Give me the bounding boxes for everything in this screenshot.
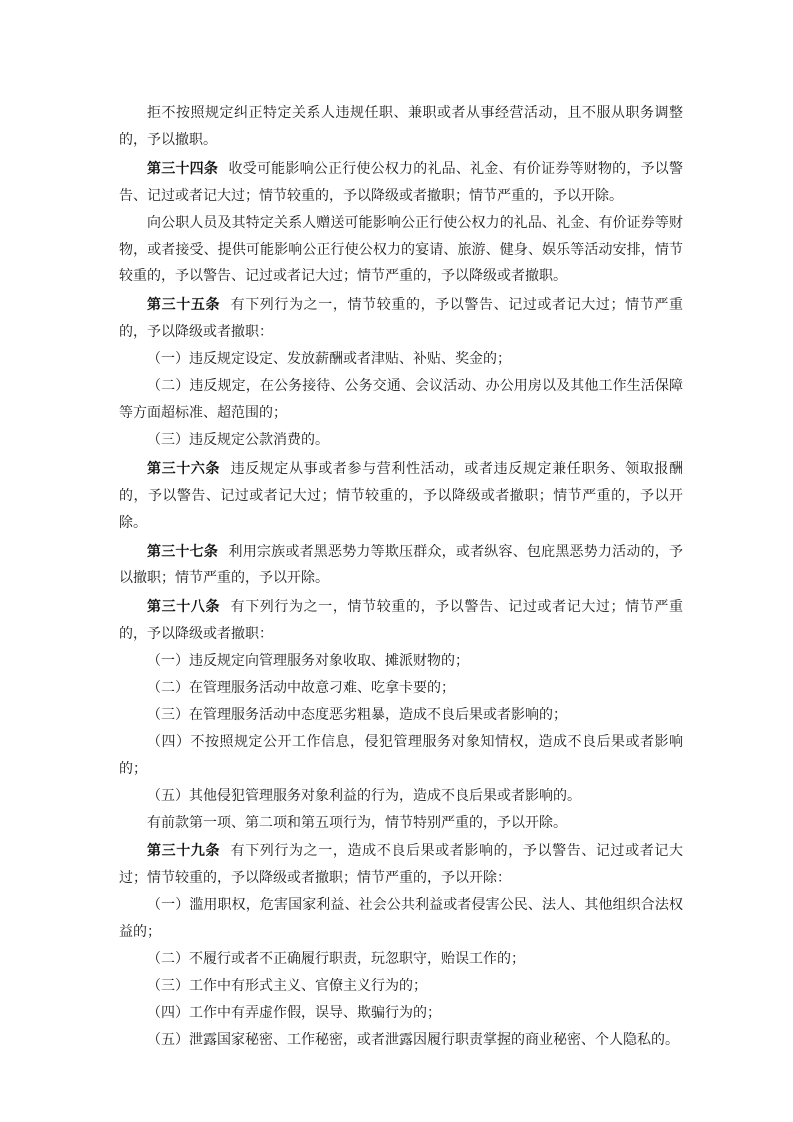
paragraph: （五）泄露国家秘密、工作秘密，或者泄露因履行职责掌握的商业秘密、个人隐私的。 [119,1028,683,1055]
document-page: 拒不按照规定纠正特定关系人违规任职、兼职或者从事经营活动，且不服从职务调整的，予… [0,0,793,1122]
paragraph-text: （三）工作中有形式主义、官僚主义行为的； [147,979,427,994]
article-number: 第三十八条 [147,598,220,614]
paragraph: （一）违反规定设定、发放薪酬或者津贴、补贴、奖金的； [119,347,683,374]
paragraph: （四）不按照规定公开工作信息，侵犯管理服务对象知情权，造成不良后果或者影响的； [119,730,683,784]
paragraph: （三）违反规定公款消费的。 [119,428,683,455]
paragraph-text: （二）不履行或者不正确履行职责，玩忽职守，贻误工作的； [147,952,525,967]
paragraph-text: （三）违反规定公款消费的。 [147,433,329,448]
paragraph: （一）违反规定向管理服务对象收取、摊派财物的； [119,649,683,676]
paragraph: 有前款第一项、第二项和第五项行为，情节特别严重的，予以开除。 [119,811,683,838]
paragraph-text: （五）其他侵犯管理服务对象利益的行为，造成不良后果或者影响的。 [147,789,581,804]
paragraph: （五）其他侵犯管理服务对象利益的行为，造成不良后果或者影响的。 [119,784,683,811]
paragraph-text: （五）泄露国家秘密、工作秘密，或者泄露因履行职责掌握的商业秘密、个人隐私的。 [147,1033,679,1048]
paragraph: 第三十四条收受可能影响公正行使公权力的礼品、礼金、有价证券等财物的，予以警告、记… [119,155,683,211]
article-number: 第三十四条 [147,160,218,176]
paragraph: 第三十八条有下列行为之一，情节较重的，予以警告、记过或者记大过；情节严重的，予以… [119,593,683,649]
article-number: 第三十六条 [147,460,220,476]
paragraph: 第三十五条有下列行为之一，情节较重的，予以警告、记过或者记大过；情节严重的，予以… [119,291,683,347]
paragraph-text: （一）违反规定设定、发放薪酬或者津贴、补贴、奖金的； [147,352,511,367]
paragraph-text: 有前款第一项、第二项和第五项行为，情节特别严重的，予以开除。 [147,816,567,831]
paragraph-text: （一）违反规定向管理服务对象收取、摊派财物的； [147,654,469,669]
article-number: 第三十五条 [147,296,220,312]
paragraph: （二）在管理服务活动中故意刁难、吃拿卡要的； [119,676,683,703]
paragraph: （四）工作中有弄虚作假，误导、欺骗行为的； [119,1001,683,1028]
paragraph: 第三十九条有下列行为之一，造成不良后果或者影响的，予以警告、记过或者记大过；情节… [119,837,683,893]
paragraph-text: （二）在管理服务活动中故意刁难、吃拿卡要的； [147,681,455,696]
paragraph: （二）不履行或者不正确履行职责，玩忽职守，贻误工作的； [119,947,683,974]
paragraph-text: （二）违反规定，在公务接待、公务交通、会议活动、办公用房以及其他工作生活保障等方… [119,379,683,421]
paragraph: 第三十七条利用宗族或者黑恶势力等欺压群众，或者纵容、包庇黑恶势力活动的，予以撤职… [119,538,683,594]
paragraph-text: 向公职人员及其特定关系人赠送可能影响公正行使公权力的礼品、礼金、有价证券等财物，… [119,216,683,285]
article-number: 第三十九条 [147,842,220,858]
paragraph: （一）滥用职权，危害国家利益、社会公共利益或者侵害公民、法人、其他组织合法权益的… [119,893,683,947]
paragraph-text: （三）在管理服务活动中态度恶劣粗暴，造成不良后果或者影响的； [147,708,567,723]
paragraph-text: （一）滥用职权，危害国家利益、社会公共利益或者侵害公民、法人、其他组织合法权益的… [119,898,683,940]
paragraph-text: 拒不按照规定纠正特定关系人违规任职、兼职或者从事经营活动，且不服从职务调整的，予… [119,106,683,148]
paragraph-text: （四）不按照规定公开工作信息，侵犯管理服务对象知情权，造成不良后果或者影响的； [119,735,683,777]
paragraph: 拒不按照规定纠正特定关系人违规任职、兼职或者从事经营活动，且不服从职务调整的，予… [119,101,683,155]
article-number: 第三十七条 [147,543,218,559]
paragraph: （三）工作中有形式主义、官僚主义行为的； [119,974,683,1001]
document-body: 拒不按照规定纠正特定关系人违规任职、兼职或者从事经营活动，且不服从职务调整的，予… [119,101,683,1055]
paragraph: （三）在管理服务活动中态度恶劣粗暴，造成不良后果或者影响的； [119,703,683,730]
paragraph: （二）违反规定，在公务接待、公务交通、会议活动、办公用房以及其他工作生活保障等方… [119,374,683,428]
paragraph-text: （四）工作中有弄虚作假，误导、欺骗行为的； [147,1006,441,1021]
paragraph: 第三十六条违反规定从事或者参与营利性活动，或者违反规定兼任职务、领取报酬的，予以… [119,455,683,538]
paragraph: 向公职人员及其特定关系人赠送可能影响公正行使公权力的礼品、礼金、有价证券等财物，… [119,211,683,292]
